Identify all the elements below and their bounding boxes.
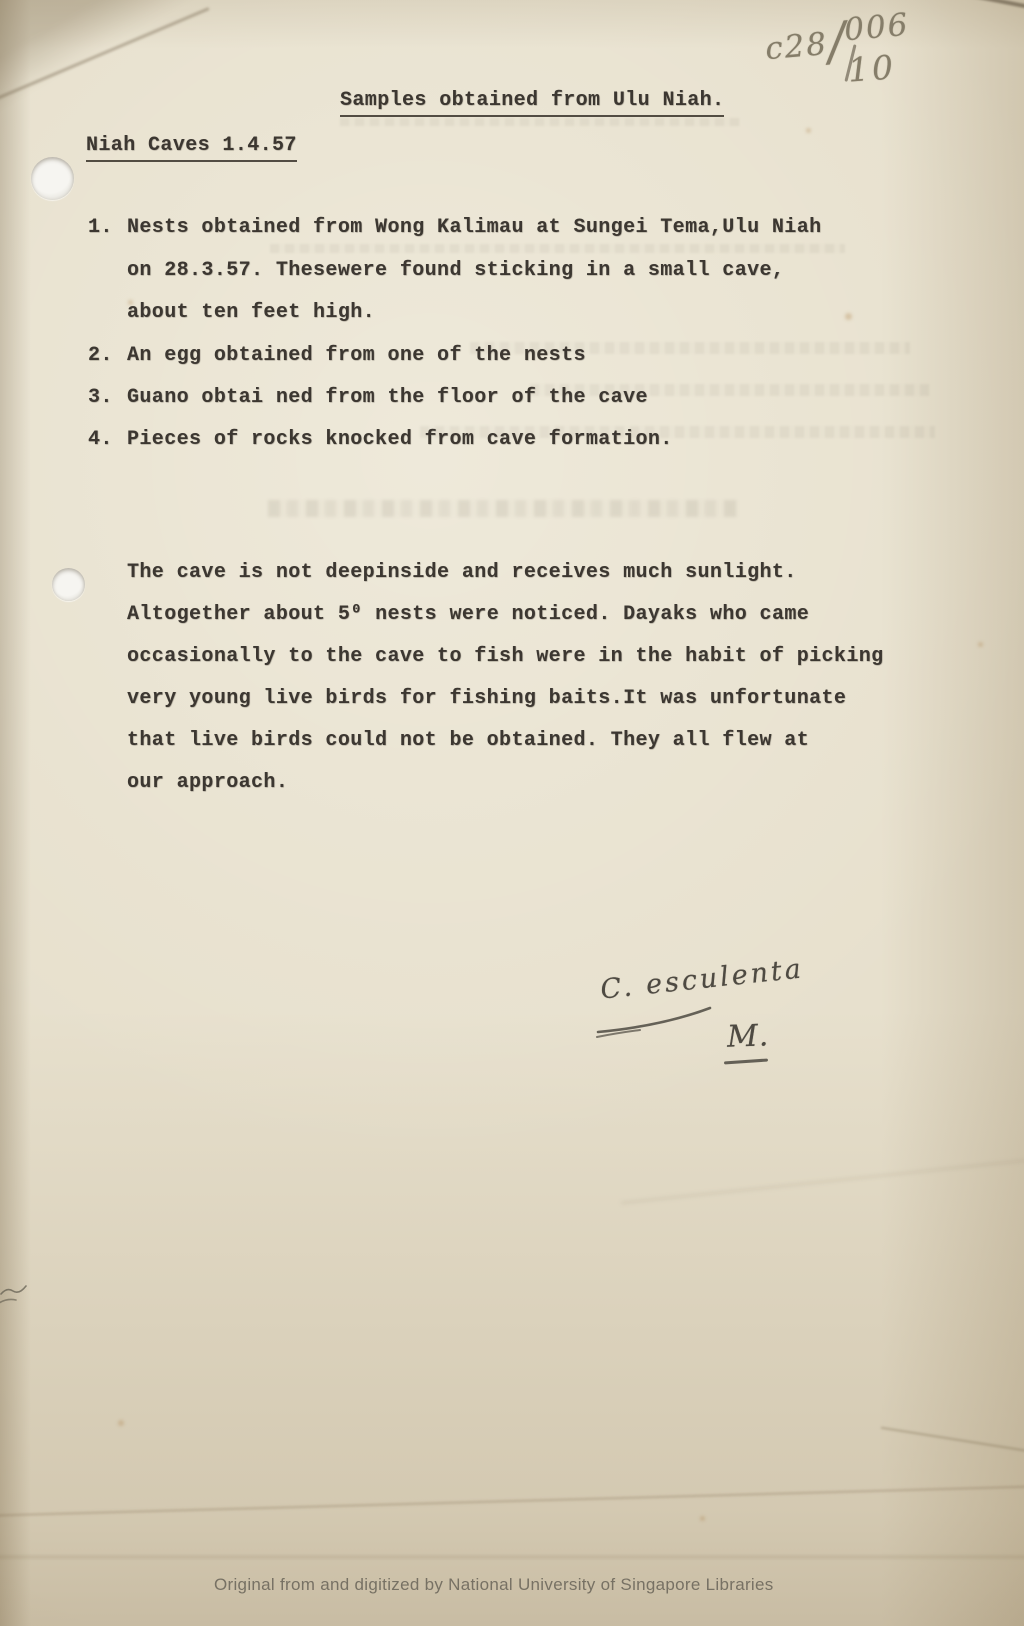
list-number: 3. bbox=[88, 388, 113, 408]
stain-spot bbox=[978, 642, 983, 647]
crease-bottom-2 bbox=[0, 1556, 1024, 1558]
list-line: Pieces of rocks knocked from cave format… bbox=[127, 430, 673, 450]
punch-hole-middle bbox=[52, 568, 85, 601]
stain-spot bbox=[700, 1516, 705, 1521]
document-subtitle: Niah Caves 1.4.57 bbox=[86, 136, 297, 162]
stain-spot bbox=[845, 313, 852, 320]
paragraph-line: occasionally to the cave to fish were in… bbox=[127, 647, 884, 667]
crease-bottom-1 bbox=[0, 1485, 1024, 1516]
catalog-code-prefix: c28 bbox=[764, 26, 830, 67]
crease-middle bbox=[621, 1158, 1024, 1204]
list-line: on 28.3.57. Thesewere found sticking in … bbox=[127, 261, 784, 281]
scanned-document-page: c28/006 10 Samples obtained from Ulu Nia… bbox=[0, 0, 1024, 1626]
paragraph-line: that live birds could not be obtained. T… bbox=[127, 731, 809, 751]
digitization-credit: Original from and digitized by National … bbox=[214, 1575, 774, 1595]
pencil-catalog-number: 10 bbox=[847, 50, 897, 86]
crease-top-left-line bbox=[0, 7, 209, 100]
list-line: Nests obtained from Wong Kalimau at Sung… bbox=[127, 218, 822, 238]
smudge-band bbox=[270, 244, 845, 253]
paragraph-line: our approach. bbox=[127, 773, 288, 793]
paragraph-line: very young live birds for fishing baits.… bbox=[127, 689, 846, 709]
stain-spot bbox=[118, 1420, 124, 1426]
list-number: 4. bbox=[88, 430, 113, 450]
stain-spot bbox=[806, 128, 811, 133]
crease-top-left bbox=[0, 0, 230, 110]
crease-top-right bbox=[952, 0, 1024, 10]
list-number: 1. bbox=[88, 218, 113, 238]
punch-hole-top bbox=[31, 157, 74, 200]
list-line: An egg obtained from one of the nests bbox=[127, 346, 586, 366]
margin-scribble bbox=[0, 1276, 40, 1310]
paragraph-line: The cave is not deepinside and receives … bbox=[127, 563, 797, 583]
paragraph-line: Altogether about 5⁰ nests were noticed. … bbox=[127, 605, 809, 625]
document-title: Samples obtained from Ulu Niah. bbox=[340, 91, 724, 117]
handwritten-initial: M. bbox=[726, 1021, 769, 1052]
ghost-text-impression bbox=[268, 500, 738, 517]
crease-bottom-right bbox=[881, 1427, 1024, 1456]
list-line: about ten feet high. bbox=[127, 303, 375, 323]
catalog-code-suffix: 006 bbox=[843, 7, 911, 49]
list-number: 2. bbox=[88, 346, 113, 366]
list-line: Guano obtai ned from the floor of the ca… bbox=[127, 388, 648, 408]
initial-underline-stroke bbox=[724, 1058, 768, 1064]
handwritten-species-note: C. esculenta bbox=[599, 955, 805, 1003]
smudge-band bbox=[340, 118, 740, 126]
